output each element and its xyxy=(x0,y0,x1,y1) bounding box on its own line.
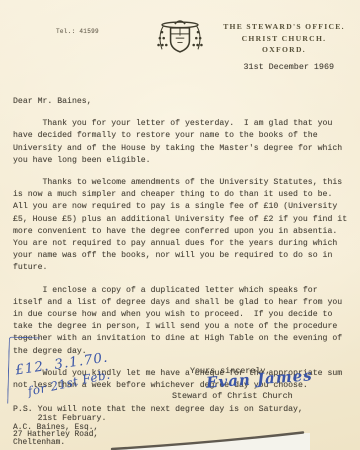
letter-date: 31st December 1969 xyxy=(210,62,334,72)
letter-photo: Tel.: 41599 THE STEWARD'S OFFICE. CHRIST… xyxy=(0,0,360,450)
letterhead-office: THE STEWARD'S OFFICE. xyxy=(222,21,346,33)
letterhead-telephone: Tel.: 41599 xyxy=(56,28,99,35)
letterhead-college: CHRIST CHURCH. xyxy=(222,33,346,45)
page-edge-shadow xyxy=(0,428,360,450)
paragraph-3: I enclose a copy of a duplicated letter … xyxy=(13,285,357,358)
salutation: Dear Mr. Baines, xyxy=(13,96,357,108)
paragraph-2: Thanks to welcome amendments of the Univ… xyxy=(13,177,357,275)
paragraph-1: Thank you for your letter of yesterday. … xyxy=(13,118,357,167)
postscript: P.S. You will note that the next degree … xyxy=(13,406,303,424)
letterhead-address: THE STEWARD'S OFFICE. CHRIST CHURCH. OXF… xyxy=(222,21,346,56)
letterhead-city: OXFORD. xyxy=(222,44,346,56)
signatory-title: Steward of Christ Church xyxy=(172,391,293,401)
christ-church-crest-icon xyxy=(154,15,206,63)
